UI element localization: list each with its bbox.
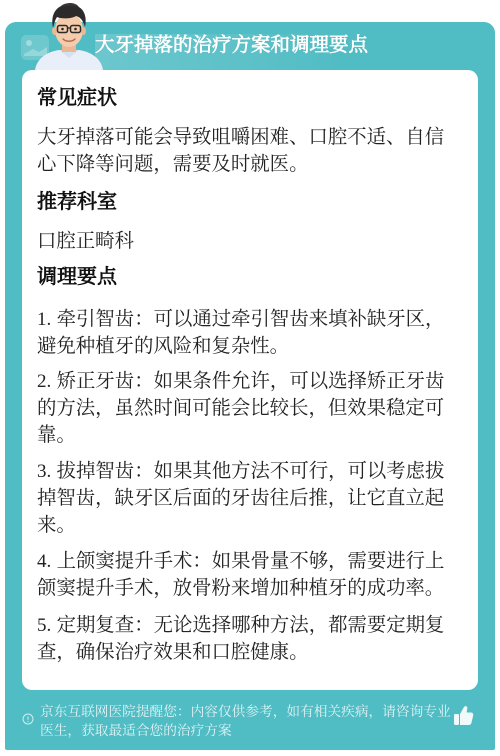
item-number: 4. xyxy=(37,551,51,572)
section-heading: 常见症状 xyxy=(37,83,458,113)
section-body: 大牙掉落可能会导致咀嚼困难、口腔不适、自信心下降等问题，需要及时就医。 xyxy=(37,124,458,178)
item-number: 2. xyxy=(37,371,51,392)
list-item: 5. 定期复查：无论选择哪种方法，都需要定期复查，确保治疗效果和口腔健康。 xyxy=(37,612,458,666)
section-care-tips: 调理要点 1. 牵引智齿：可以通过牵引智齿来填补缺牙区，避免种植牙的风险和复杂性… xyxy=(37,262,458,666)
item-text: 定期复查：无论选择哪种方法，都需要定期复查，确保治疗效果和口腔健康。 xyxy=(37,614,444,663)
list-item: 1. 牵引智齿：可以通过牵引智齿来填补缺牙区，避免种植牙的风险和复杂性。 xyxy=(37,306,458,360)
list-item: 2. 矫正牙齿：如果条件允许，可以选择矫正牙齿的方法，虽然时间可能会比较长，但效… xyxy=(37,368,458,449)
list-item: 4. 上颌窦提升手术：如果骨量不够，需要进行上颌窦提升手术，放骨粉来增加种植牙的… xyxy=(37,548,458,602)
disclaimer-text: 京东互联网医院提醒您：内容仅供参考，如有相关疾病，请咨询专业医生，获取最适合您的… xyxy=(40,702,454,740)
content-card: 常见症状 大牙掉落可能会导致咀嚼困难、口腔不适、自信心下降等问题，需要及时就医。… xyxy=(22,70,478,690)
item-number: 1. xyxy=(37,309,51,330)
item-text: 牵引智齿：可以通过牵引智齿来填补缺牙区，避免种植牙的风险和复杂性。 xyxy=(37,308,444,357)
item-text: 矫正牙齿：如果条件允许，可以选择矫正牙齿的方法，虽然时间可能会比较长，但效果稳定… xyxy=(37,370,444,446)
list-item: 3. 拔掉智齿：如果其他方法不可行，可以考虑拔掉智齿，缺牙区后面的牙齿往后推，让… xyxy=(37,458,458,539)
section-body: 口腔正畸科 xyxy=(37,228,458,255)
thumbs-up-icon[interactable] xyxy=(453,704,474,726)
section-heading: 调理要点 xyxy=(37,262,458,292)
item-number: 5. xyxy=(37,615,51,636)
section-symptoms: 常见症状 大牙掉落可能会导致咀嚼困难、口腔不适、自信心下降等问题，需要及时就医。 xyxy=(37,83,458,178)
item-number: 3. xyxy=(37,461,51,482)
item-text: 拔掉智齿：如果其他方法不可行，可以考虑拔掉智齿，缺牙区后面的牙齿往后推，让它直立… xyxy=(37,460,444,536)
section-heading: 推荐科室 xyxy=(37,187,458,217)
item-text: 上颌窦提升手术：如果骨量不够，需要进行上颌窦提升手术，放骨粉来增加种植牙的成功率… xyxy=(37,550,444,599)
info-icon xyxy=(22,713,34,725)
section-department: 推荐科室 口腔正畸科 xyxy=(37,187,458,255)
page-title: 大牙掉落的治疗方案和调理要点 xyxy=(95,32,368,58)
